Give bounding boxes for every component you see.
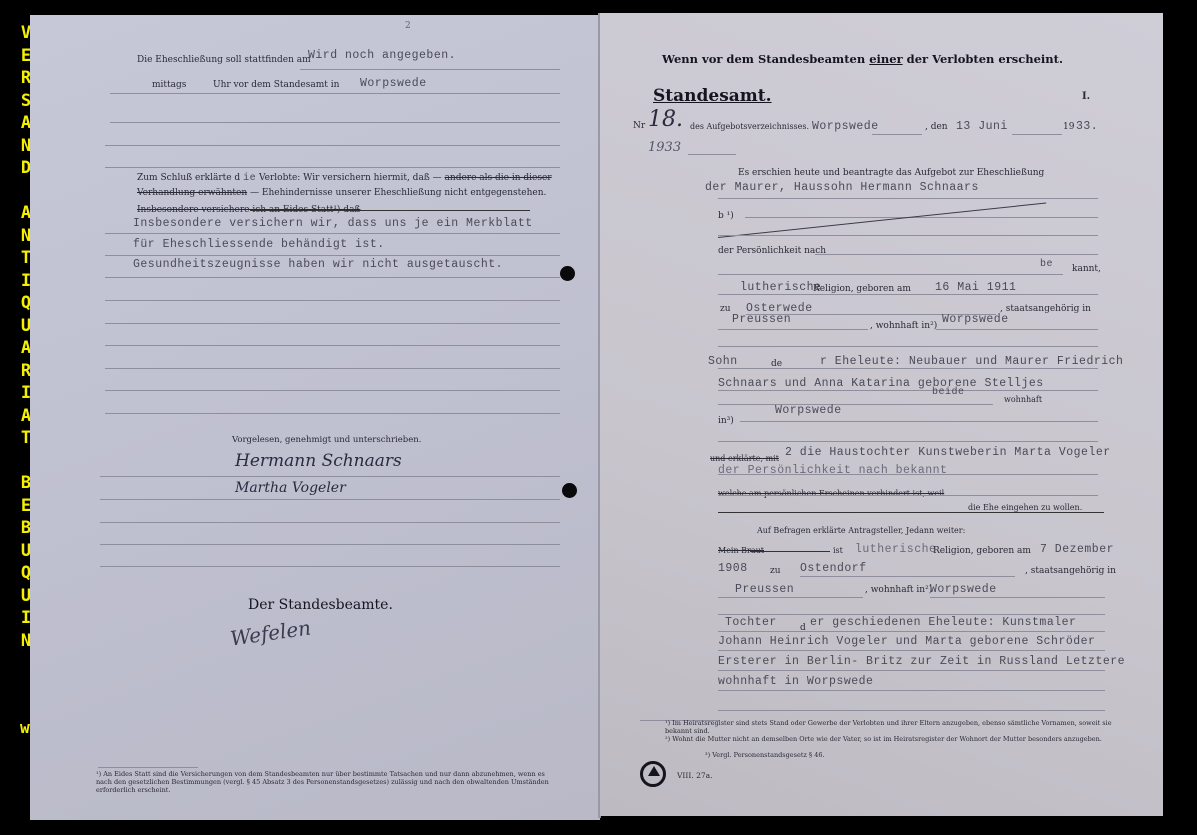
bride-birth: 7 Dezember xyxy=(1040,543,1114,556)
wohnhaft-label: wohnhaft xyxy=(1004,395,1042,404)
punch-hole xyxy=(560,266,575,281)
bride-residence-label: , wohnhaft in²) xyxy=(865,585,932,595)
bride-state: Preussen xyxy=(735,583,794,596)
parents-residence: Worpswede xyxy=(775,404,842,417)
nr-label: Nr xyxy=(633,121,645,131)
bride-parents-line-3: Ersterer in Berlin- Britz zur Zeit in Ru… xyxy=(718,655,1125,668)
publisher-logo-icon xyxy=(640,761,666,787)
date-value: 13 Juni xyxy=(956,120,1008,133)
parents-line-1: r Eheleute: Neubauer und Maurer Friedric… xyxy=(820,355,1123,368)
appeared-text: Es erschien heute und beantragte das Auf… xyxy=(738,168,1044,178)
ist-label: ist xyxy=(833,546,843,555)
form-code: VIII. 27a. xyxy=(677,771,712,780)
bride-born-label: Religion, geboren am xyxy=(933,546,1031,556)
roman-numeral: I. xyxy=(1082,91,1090,102)
residence-label: , wohnhaft in²) xyxy=(870,321,937,331)
typed-line-1: Insbesondere versichern wir, dass uns je… xyxy=(133,217,533,230)
groom-residence: Worpswede xyxy=(942,313,1009,326)
year-prefix: 19 xyxy=(1063,122,1074,132)
typed-line-3: Gesundheitszeugnisse haben wir nicht aus… xyxy=(133,258,503,271)
place-value: Worpswede xyxy=(360,77,427,90)
declaration-paragraph: Zum Schluß erklärte d ie Verlobte: Wir v… xyxy=(137,171,567,201)
inquiry-text: Auf Befragen erklärte Antragsteller, Jed… xyxy=(757,526,965,535)
read-approved-text: Vorgelesen, genehmigt und unterschrieben… xyxy=(232,435,421,445)
identity-be: be xyxy=(1040,259,1053,270)
city: Worpswede xyxy=(812,120,879,133)
punch-hole xyxy=(562,483,577,498)
parents-line-2: Schnaars und Anna Katarina geborene Stel… xyxy=(718,377,1044,390)
religion-bride: lutherische xyxy=(855,543,936,556)
hindered-struck: welche am persönlichen Erscheinen verhin… xyxy=(718,489,944,498)
bride-parents-line-4: wohnhaft in Worpswede xyxy=(718,675,873,688)
marriage-date-label: Die Eheschließung soll stattfinden am xyxy=(137,55,311,65)
left-page: 2 Die Eheschließung soll stattfinden am … xyxy=(30,15,600,820)
time-label-uhr: Uhr vor dem Standesamt in xyxy=(213,80,339,90)
registrar-label: Der Standesbeamte. xyxy=(248,597,393,613)
citizenship-label: , staatsangehörig in xyxy=(1000,304,1091,314)
groom-line: der Maurer, Haussohn Hermann Schnaars xyxy=(705,181,979,194)
year-suffix: 33. xyxy=(1076,120,1098,133)
bride-line-1: 2 die Haustochter Kunstweberin Marta Vog… xyxy=(785,446,1111,459)
strike-diagonal xyxy=(718,203,1046,238)
signature-groom: Hermann Schnaars xyxy=(235,451,402,471)
bride-zu-label: zu xyxy=(770,566,781,576)
right-footnote-2: ²) Wohnt die Mutter nicht an demselben O… xyxy=(665,735,1115,743)
b-label: b ¹) xyxy=(718,211,734,221)
declared-struck: und erklärte, mit xyxy=(710,454,779,463)
parents-beide: beide xyxy=(932,387,965,398)
religion-groom: lutherische xyxy=(740,281,821,294)
right-page: Wenn vor dem Standesbeamten einer der Ve… xyxy=(600,13,1163,816)
marry-text: die Ehe eingehen zu wollen. xyxy=(968,503,1082,512)
signature-bride: Martha Vogeler xyxy=(235,480,346,496)
marriage-date-value: Wird noch angegeben. xyxy=(308,49,456,62)
nr-value: 18. xyxy=(648,107,683,132)
bride-parents-line-1: er geschiedenen Eheleute: Kunstmaler xyxy=(810,616,1076,629)
den-label: , den xyxy=(925,122,948,132)
groom-birth: 16 Mai 1911 xyxy=(935,281,1016,294)
registrar-signature: Wefelen xyxy=(229,615,313,650)
time-label-mittags: mittags xyxy=(152,80,186,90)
identity-kannt: kannt, xyxy=(1072,264,1101,274)
bride-citizenship-label: , staatsangehörig in xyxy=(1025,566,1116,576)
right-footnote-1: ¹) Im Heiratsregister sind stets Stand o… xyxy=(665,719,1115,735)
groom-state: Preussen xyxy=(732,313,791,326)
zu-label: zu xyxy=(720,304,731,314)
bride-birthplace: Ostendorf xyxy=(800,562,867,575)
form-header: Wenn vor dem Standesbeamten einer der Ve… xyxy=(662,52,1063,66)
office-title: Standesamt. xyxy=(653,86,772,106)
in-label: in³) xyxy=(718,416,734,426)
bride-residence: Worpswede xyxy=(930,583,997,596)
left-footnote: ¹) An Eides Statt sind die Versicherunge… xyxy=(96,770,556,794)
identity-label: der Persönlichkeit nach xyxy=(718,246,826,256)
page-mark: 2 xyxy=(405,21,411,31)
son-label: Sohn xyxy=(708,355,738,368)
bride-parents-line-2: Johann Heinrich Vogeler und Marta gebore… xyxy=(718,635,1095,648)
register-label: des Aufgebotsverzeichnisses. xyxy=(690,122,809,131)
religion-label: Religion, geboren am xyxy=(813,284,911,294)
bride-year: 1908 xyxy=(718,562,748,575)
right-footnote-3: ³) Vergl. Personenstandsgesetz § 46. xyxy=(705,751,1105,759)
daughter-label: Tochter xyxy=(725,616,777,629)
typed-line-2: für Eheschliessende behändigt ist. xyxy=(133,238,385,251)
year-note: 1933 xyxy=(648,140,681,155)
bride-line-2: der Persönlichkeit nach bekannt xyxy=(718,464,947,477)
